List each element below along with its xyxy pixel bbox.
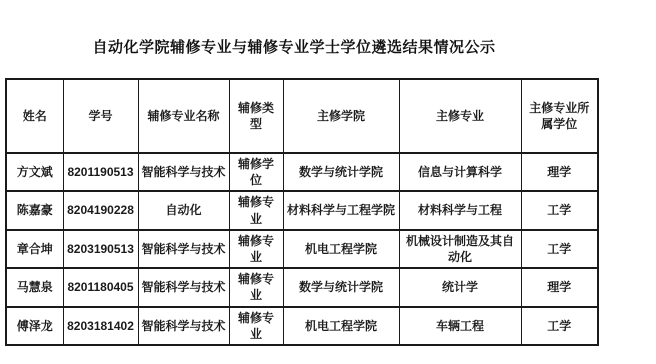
table-row: 章合坤 8203190513 智能科学与技术 辅修专业 机电工程学院 机械设计制… bbox=[6, 230, 598, 268]
cell-major-college: 机电工程学院 bbox=[283, 307, 399, 345]
page-title: 自动化学院辅修专业与辅修专业学士学位遴选结果情况公示 bbox=[5, 36, 583, 57]
cell-major: 信息与计算科学 bbox=[399, 153, 521, 191]
table-row: 马慧泉 8201180405 智能科学与技术 辅修专业 数学与统计学院 统计学 … bbox=[6, 268, 598, 306]
cell-major: 机械设计制造及其自动化 bbox=[399, 230, 521, 268]
cell-major: 车辆工程 bbox=[399, 307, 521, 345]
cell-name: 陈嘉豪 bbox=[6, 191, 63, 229]
cell-minor-type: 辅修学位 bbox=[229, 153, 283, 191]
cell-major: 统计学 bbox=[399, 268, 521, 306]
cell-student-id: 8204190228 bbox=[63, 191, 138, 229]
cell-major-college: 数学与统计学院 bbox=[283, 268, 399, 306]
cell-name: 马慧泉 bbox=[6, 268, 63, 306]
table-row: 陈嘉豪 8204190228 自动化 辅修专业 材料科学与工程学院 材料科学与工… bbox=[6, 191, 598, 229]
cell-student-id: 8201180405 bbox=[63, 268, 138, 306]
cell-student-id: 8201190513 bbox=[63, 153, 138, 191]
table-row: 傅泽龙 8203181402 智能科学与技术 辅修专业 机电工程学院 车辆工程 … bbox=[6, 307, 598, 345]
header-cell-major-degree: 主修专业所属学位 bbox=[521, 79, 598, 153]
cell-minor-major: 自动化 bbox=[138, 191, 229, 229]
cell-name: 章合坤 bbox=[6, 230, 63, 268]
cell-minor-type: 辅修专业 bbox=[229, 268, 283, 306]
cell-major: 材料科学与工程 bbox=[399, 191, 521, 229]
cell-minor-major: 智能科学与技术 bbox=[138, 230, 229, 268]
document-page: 自动化学院辅修专业与辅修专业学士学位遴选结果情况公示 姓名 学号 辅修专业名称 … bbox=[0, 0, 656, 364]
cell-major-degree: 工学 bbox=[521, 230, 598, 268]
table-row: 方文斌 8201190513 智能科学与技术 辅修学位 数学与统计学院 信息与计… bbox=[6, 153, 598, 191]
cell-major-college: 机电工程学院 bbox=[283, 230, 399, 268]
header-cell-student-id: 学号 bbox=[63, 79, 138, 153]
cell-minor-major: 智能科学与技术 bbox=[138, 268, 229, 306]
cell-name: 傅泽龙 bbox=[6, 307, 63, 345]
cell-name: 方文斌 bbox=[6, 153, 63, 191]
table-header-row: 姓名 学号 辅修专业名称 辅修类型 主修学院 主修专业 主修专业所属学位 bbox=[6, 79, 598, 153]
header-cell-name: 姓名 bbox=[6, 79, 63, 153]
cell-minor-type: 辅修专业 bbox=[229, 230, 283, 268]
header-cell-minor-type: 辅修类型 bbox=[229, 79, 283, 153]
header-cell-major-college: 主修学院 bbox=[283, 79, 399, 153]
cell-student-id: 8203190513 bbox=[63, 230, 138, 268]
header-cell-major: 主修专业 bbox=[399, 79, 521, 153]
cell-minor-type: 辅修专业 bbox=[229, 307, 283, 345]
cell-minor-major: 智能科学与技术 bbox=[138, 153, 229, 191]
header-cell-minor-major: 辅修专业名称 bbox=[138, 79, 229, 153]
cell-minor-type: 辅修专业 bbox=[229, 191, 283, 229]
cell-major-degree: 理学 bbox=[521, 268, 598, 306]
cell-major-degree: 理学 bbox=[521, 153, 598, 191]
cell-major-degree: 工学 bbox=[521, 307, 598, 345]
results-table: 姓名 学号 辅修专业名称 辅修类型 主修学院 主修专业 主修专业所属学位 方文斌… bbox=[5, 78, 599, 346]
cell-student-id: 8203181402 bbox=[63, 307, 138, 345]
cell-major-degree: 工学 bbox=[521, 191, 598, 229]
cell-minor-major: 智能科学与技术 bbox=[138, 307, 229, 345]
cell-major-college: 数学与统计学院 bbox=[283, 153, 399, 191]
cell-major-college: 材料科学与工程学院 bbox=[283, 191, 399, 229]
